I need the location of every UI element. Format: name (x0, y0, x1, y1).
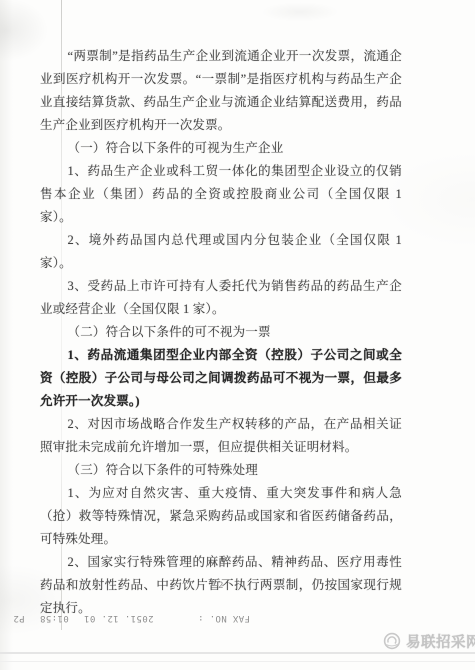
fax-time: 01:58 (40, 613, 69, 623)
fax-header-line: FAX NO. : 2051. 12. 01 01:58 P2 (13, 612, 250, 624)
heading-section-2: （二）符合以下条件的可不视为一票 (40, 321, 402, 344)
page-number: 2 (218, 581, 223, 591)
watermark-site-name: 易联招采网 (406, 631, 475, 652)
scanned-fax-document-page: “两票制”是指药品生产企业到流通企业开一次发票，流通企业到医疗机构开一次发票。“… (0, 0, 475, 670)
heading-section-3: （三）符合以下条件的可特殊处理 (40, 459, 402, 482)
heading-section-1: （一）符合以下条件的可视为生产企业 (40, 137, 402, 160)
item-2-2: 2、对因市场战略合作发生产权转移的产品，在产品相关证照审批未完成前允许增加一票，… (40, 413, 402, 459)
document-body: “两票制”是指药品生产企业到流通企业开一次发票，流通企业到医疗机构开一次发票。“… (40, 45, 402, 620)
site-watermark: 易联招采网 (383, 631, 475, 651)
item-3-1: 1、为应对自然灾害、重大疫情、重大突发事件和病人急（抢）救等特殊情况，紧急采购药… (40, 482, 402, 551)
bottom-divider-line (0, 652, 475, 654)
item-1-1: 1、药品生产企业或科工贸一体化的集团型企业设立的仅销售本企业（集团）药品的全资或… (40, 160, 402, 229)
fax-page-indicator: P2 (13, 613, 25, 623)
bottom-divider-line-2 (0, 661, 475, 662)
yilian-circle-swirl-logo-icon (383, 632, 401, 650)
fax-meta: 2051. 12. 01 01:58 P2 (13, 613, 154, 623)
item-1-2: 2、境外药品国内总代理或国内分包装企业（全国仅限 1 家）。 (40, 229, 402, 275)
item-1-3: 3、受药品上市许可持有人委托代为销售药品的药品生产企业或经营企业（全国仅限 1 … (40, 275, 402, 321)
fax-date: 2051. 12. 01 (84, 613, 154, 623)
para-two-invoice-definition: “两票制”是指药品生产企业到流通企业开一次发票，流通企业到医疗机构开一次发票。“… (40, 45, 402, 137)
item-2-1: 1、药品流通集团型企业内部全资（控股）子公司之间或全资（控股）子公司与母公司之间… (40, 344, 402, 413)
fax-no-label: FAX NO. : (198, 613, 250, 623)
